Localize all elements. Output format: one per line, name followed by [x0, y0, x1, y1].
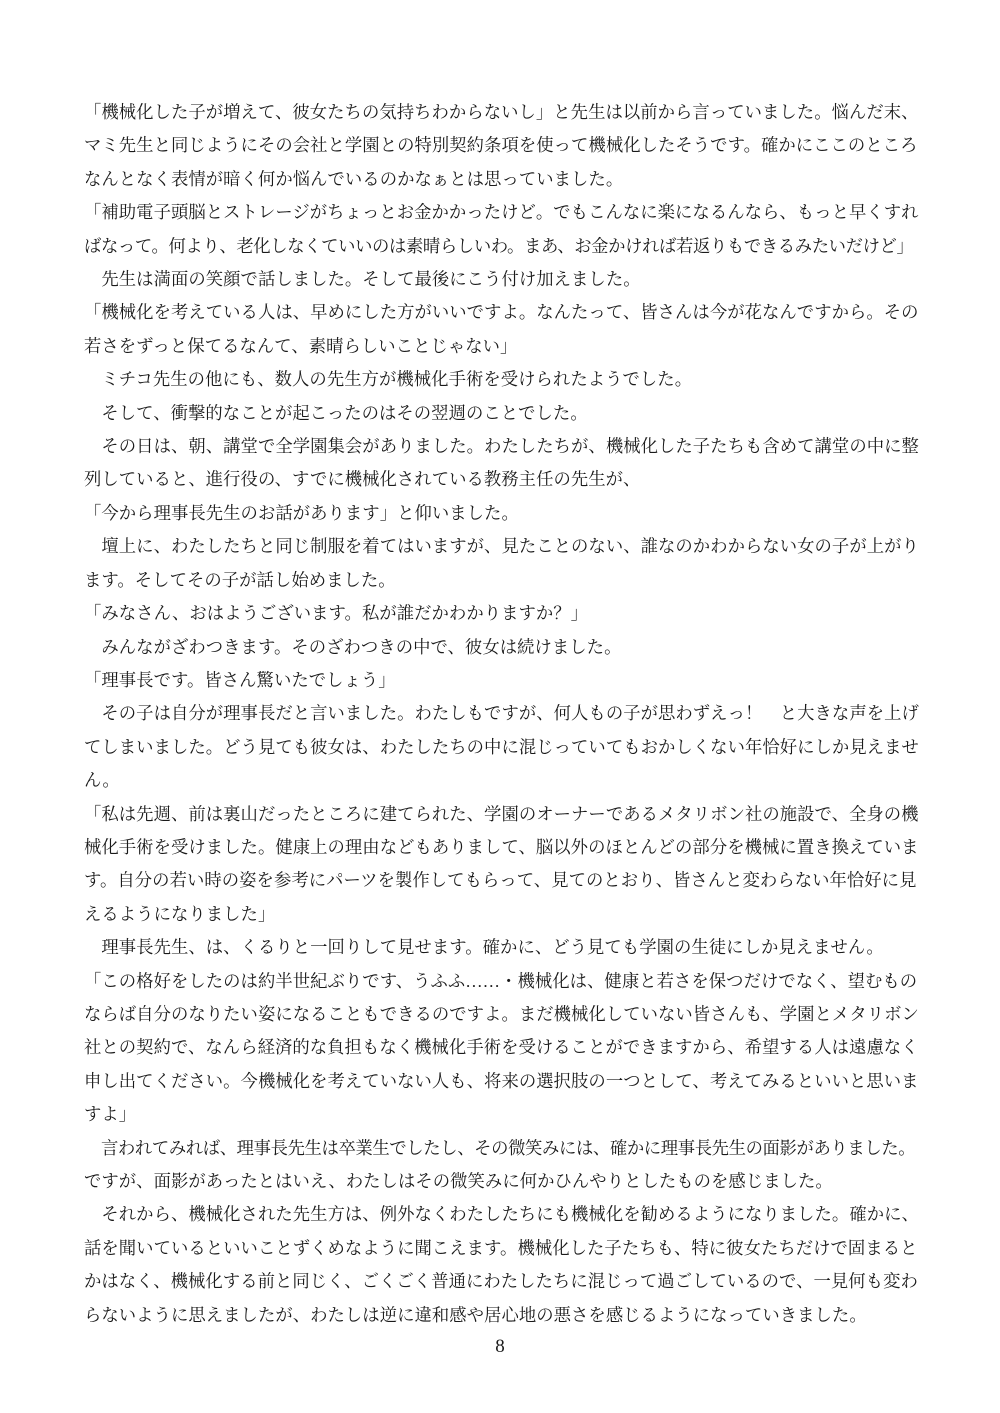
text-line: 「今から理事長先生のお話があります」と仰いました。: [84, 497, 920, 530]
text-line: 言われてみれば、理事長先生は卒業生でしたし、その微笑みには、確かに理事長先生の面…: [84, 1132, 920, 1165]
body-text: 「機械化した子が増えて、彼女たちの気持ちわからないし」と先生は以前から言っていま…: [84, 96, 920, 1332]
text-line: 「機械化を考えている人は、早めにした方がいいですよ。なんたって、皆さんは今が花な…: [84, 296, 920, 329]
text-line: 「理事長です。皆さん驚いたでしょう」: [84, 664, 920, 697]
text-line: 「みなさん、おはようございます。私が誰だかわかりますか？」: [84, 597, 920, 630]
text-line: 理事長先生、は、くるりと一回りして見せます。確かに、どう見ても学園の生徒にしか見…: [84, 931, 920, 964]
text-line: 壇上に、わたしたちと同じ制服を着てはいますが、見たことのない、誰なのかわからない…: [84, 530, 920, 563]
text-line: 若さをずっと保てるなんて、素晴らしいことじゃない」: [84, 330, 920, 363]
text-line: なんとなく表情が暗く何か悩んでいるのかなぁとは思っていました。: [84, 163, 920, 196]
text-line: 先生は満面の笑顔で話しました。そして最後にこう付け加えました。: [84, 263, 920, 296]
text-line: マミ先生と同じようにその会社と学園との特別契約条項を使って機械化したそうです。確…: [84, 129, 920, 162]
text-line: らないように思えましたが、わたしは逆に違和感や居心地の悪さを感じるようになってい…: [84, 1299, 920, 1332]
document-page: 「機械化した子が増えて、彼女たちの気持ちわからないし」と先生は以前から言っていま…: [0, 0, 1000, 1413]
text-line: てしまいました。どう見ても彼女は、わたしたちの中に混じっていてもおかしくない年恰…: [84, 731, 920, 764]
text-line: 「私は先週、前は裏山だったところに建てられた、学園のオーナーであるメタリボン社の…: [84, 798, 920, 831]
text-line: その子は自分が理事長だと言いました。わたしもですが、何人もの子が思わずえっ！ と…: [84, 697, 920, 730]
text-line: 械化手術を受けました。健康上の理由などもありまして、脳以外のほとんどの部分を機械…: [84, 831, 920, 864]
text-line: 「機械化した子が増えて、彼女たちの気持ちわからないし」と先生は以前から言っていま…: [84, 96, 920, 129]
text-line: かはなく、機械化する前と同じく、ごくごく普通にわたしたちに混じって過ごしているの…: [84, 1265, 920, 1298]
text-line: えるようになりました」: [84, 898, 920, 931]
text-line: すよ」: [84, 1098, 920, 1131]
text-line: 列していると、進行役の、すでに機械化されている教務主任の先生が、: [84, 463, 920, 496]
text-line: 社との契約で、なんら経済的な負担もなく機械化手術を受けることができますから、希望…: [84, 1031, 920, 1064]
text-line: す。自分の若い時の姿を参考にパーツを製作してもらって、見てのとおり、皆さんと変わ…: [84, 864, 920, 897]
text-line: そして、衝撃的なことが起こったのはその翌週のことでした。: [84, 397, 920, 430]
text-line: その日は、朝、講堂で全学園集会がありました。わたしたちが、機械化した子たちも含め…: [84, 430, 920, 463]
text-line: ます。そしてその子が話し始めました。: [84, 564, 920, 597]
text-line: ですが、面影があったとはいえ、わたしはその微笑みに何かひんやりとしたものを感じま…: [84, 1165, 920, 1198]
text-line: 「補助電子頭脳とストレージがちょっとお金かかったけど。でもこんなに楽になるんなら…: [84, 196, 920, 229]
text-line: みんながざわつきます。そのざわつきの中で、彼女は続けました。: [84, 631, 920, 664]
text-line: ならば自分のなりたい姿になることもできるのですよ。まだ機械化していない皆さんも、…: [84, 998, 920, 1031]
text-line: ばなって。何より、老化しなくていいのは素晴らしいわ。まあ、お金かければ若返りもで…: [84, 230, 920, 263]
text-line: それから、機械化された先生方は、例外なくわたしたちにも機械化を勧めるようになりま…: [84, 1198, 920, 1231]
text-line: 話を聞いているといいことずくめなように聞こえます。機械化した子たちも、特に彼女た…: [84, 1232, 920, 1265]
page-number: 8: [0, 1334, 1000, 1360]
text-line: ミチコ先生の他にも、数人の先生方が機械化手術を受けられたようでした。: [84, 363, 920, 396]
text-line: ん。: [84, 764, 920, 797]
text-line: 「この格好をしたのは約半世紀ぶりです、うふふ……・機械化は、健康と若さを保つだけ…: [84, 965, 920, 998]
text-line: 申し出てください。今機械化を考えていない人も、将来の選択肢の一つとして、考えてみ…: [84, 1065, 920, 1098]
